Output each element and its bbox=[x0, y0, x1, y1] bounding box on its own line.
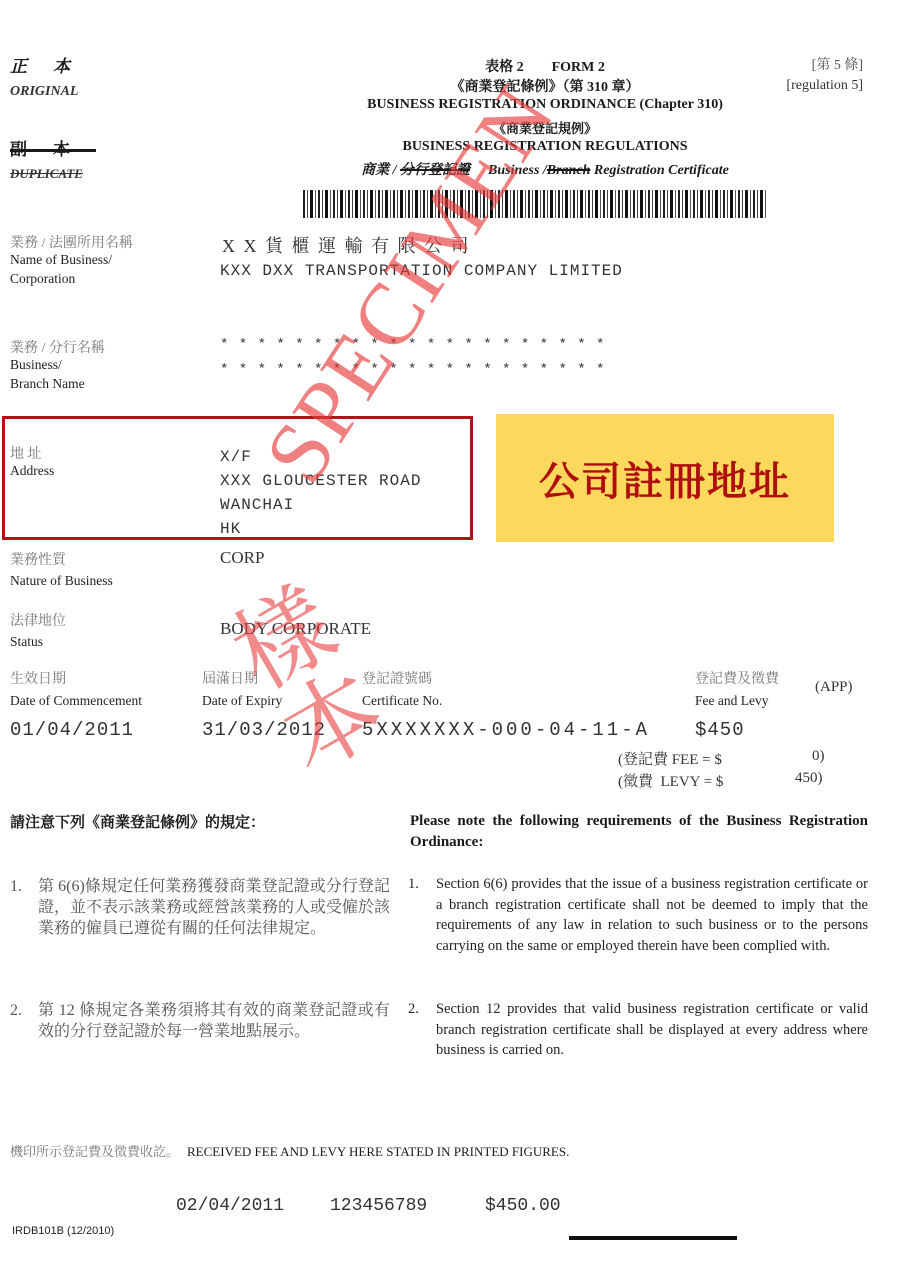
expiry-label-zh: 屆滿日期 bbox=[202, 668, 258, 688]
ordinance-title-en: BUSINESS REGISTRATION ORDINANCE (Chapter… bbox=[310, 97, 780, 113]
note-en-2-text: Section 12 provides that valid business … bbox=[436, 999, 868, 1061]
name-label-zh: 業務 / 法團所用名稱 bbox=[10, 232, 133, 252]
expiry-label-en: Date of Expiry bbox=[202, 691, 282, 710]
expiry-date: 31/03/2012 bbox=[202, 719, 326, 741]
commencement-label-zh: 生效日期 bbox=[10, 668, 66, 688]
commencement-label-en: Date of Commencement bbox=[10, 691, 142, 710]
status-label-en: Status bbox=[10, 632, 43, 651]
original-mark-en: ORIGINAL bbox=[10, 84, 78, 100]
cert-type-zh-business: 商業 bbox=[361, 163, 389, 178]
fee-breakdown-fee-amount: 0) bbox=[812, 748, 825, 765]
name-label-en-2: Corporation bbox=[10, 269, 75, 288]
regulation-ref-en: [regulation 5] bbox=[786, 78, 863, 94]
name-label-en-1: Name of Business/ bbox=[10, 250, 112, 269]
nature-label-en: Nature of Business bbox=[10, 571, 113, 590]
certificate-number: 5XXXXXXX-000-04-11-A bbox=[362, 719, 650, 741]
note-en-2-num: 2. bbox=[408, 999, 419, 1020]
registered-address-callout: 公司註冊地址 bbox=[496, 414, 834, 542]
duplicate-mark-zh: 副本 bbox=[10, 135, 96, 160]
signature-line bbox=[569, 1236, 737, 1240]
address-value: X/F XXX GLOUCESTER ROAD WANCHAI HK bbox=[220, 445, 421, 541]
notes-heading-zh: 請注意下列《商業登記條例》的規定： bbox=[10, 811, 265, 832]
cert-type-zh-branch: 分行登記證 bbox=[400, 163, 470, 178]
address-line-3: WANCHAI bbox=[220, 493, 421, 517]
certificate-label-zh: 登記證號碼 bbox=[362, 668, 432, 688]
receipt-date: 02/04/2011 bbox=[176, 1196, 284, 1216]
status-label-zh: 法律地位 bbox=[10, 610, 66, 630]
ordinance-title-zh: 《商業登記條例》（第 310 章） bbox=[310, 76, 780, 96]
branch-name-line-2: * * * * * * * * * * * * * * * * * * * * … bbox=[220, 362, 605, 378]
form-number: 表格 2FORM 2 bbox=[310, 56, 780, 76]
note-zh-1: 1. 第 6(6)條規定任何業務獲發商業登記證或分行登記證，並不表示該業務或經營… bbox=[10, 876, 390, 939]
address-label-en: Address bbox=[10, 461, 54, 480]
note-en-2: 2. Section 12 provides that valid busine… bbox=[408, 999, 868, 1061]
address-line-4: HK bbox=[220, 517, 421, 541]
branch-label-en-1: Business/ bbox=[10, 355, 62, 374]
branch-name-line-1: * * * * * * * * * * * * * * * * * * * * … bbox=[220, 337, 605, 353]
regulations-title-zh: 《商業登記規例》 bbox=[310, 118, 780, 137]
note-en-1-text: Section 6(6) provides that the issue of … bbox=[436, 874, 868, 956]
note-en-1: 1. Section 6(6) provides that the issue … bbox=[408, 874, 868, 956]
note-zh-1-text: 第 6(6)條規定任何業務獲發商業登記證或分行登記證，並不表示該業務或經營該業務… bbox=[38, 876, 390, 939]
fee-label-en: Fee and Levy bbox=[695, 691, 768, 710]
nature-value: CORP bbox=[220, 548, 264, 568]
notes-heading-en: Please note the following requirements o… bbox=[410, 811, 868, 853]
business-name-en: KXX DXX TRANSPORTATION COMPANY LIMITED bbox=[220, 262, 623, 280]
received-statement-zh: 機印所示登記費及徵費收訖。 bbox=[10, 1144, 179, 1159]
address-line-1: X/F bbox=[220, 445, 421, 469]
note-zh-2-num: 2. bbox=[10, 1000, 22, 1021]
branch-label-en-2: Branch Name bbox=[10, 374, 85, 393]
received-statement: 機印所示登記費及徵費收訖。RECEIVED FEE AND LEVY HERE … bbox=[10, 1141, 569, 1160]
receipt-number: 123456789 bbox=[330, 1196, 427, 1216]
regulations-title-en: BUSINESS REGISTRATION REGULATIONS bbox=[310, 139, 780, 155]
fee-breakdown-levy: (徵費 LEVY = $ bbox=[618, 770, 723, 791]
note-zh-2-text: 第 12 條規定各業務須將其有效的商業登記證或有效的分行登記證於每一營業地點展示… bbox=[38, 1000, 390, 1042]
regulation-ref-zh: [第 5 條] bbox=[812, 54, 863, 74]
fee-total: $450 bbox=[695, 719, 745, 741]
form-number-zh: 表格 2 bbox=[485, 60, 524, 75]
cert-type-zh-sep: / bbox=[389, 163, 400, 178]
fee-breakdown-levy-amount: 450) bbox=[795, 770, 823, 787]
cert-type-en-branch: Branch bbox=[547, 163, 591, 178]
note-zh-2: 2. 第 12 條規定各業務須將其有效的商業登記證或有效的分行登記證於每一營業地… bbox=[10, 1000, 390, 1042]
commencement-date: 01/04/2011 bbox=[10, 719, 134, 741]
note-en-1-num: 1. bbox=[408, 874, 419, 895]
original-mark-zh: 正本 bbox=[10, 52, 96, 77]
cert-type-en-business: Business / bbox=[488, 163, 547, 178]
address-label-zh: 地 址 bbox=[10, 443, 42, 463]
note-zh-1-num: 1. bbox=[10, 876, 22, 897]
callout-text: 公司註冊地址 bbox=[539, 450, 791, 507]
received-statement-en: RECEIVED FEE AND LEVY HERE STATED IN PRI… bbox=[187, 1144, 569, 1159]
cert-type-en-rest: Registration Certificate bbox=[590, 163, 728, 178]
duplicate-mark-en: DUPLICATE bbox=[10, 166, 83, 182]
branch-label-zh: 業務 / 分行名稱 bbox=[10, 337, 105, 357]
form-number-en: FORM 2 bbox=[552, 60, 605, 75]
address-line-2: XXX GLOUCESTER ROAD bbox=[220, 469, 421, 493]
receipt-amount: $450.00 bbox=[485, 1196, 561, 1216]
fee-breakdown-fee: (登記費 FEE = $ bbox=[618, 748, 722, 769]
certificate-type: 商業 / 分行登記證Business /Branch Registration … bbox=[310, 159, 780, 179]
certificate-label-en: Certificate No. bbox=[362, 691, 442, 710]
status-value: BODY CORPORATE bbox=[220, 619, 371, 639]
barcode bbox=[303, 190, 768, 218]
nature-label-zh: 業務性質 bbox=[10, 549, 66, 569]
fee-app-tag: (APP) bbox=[815, 679, 853, 696]
business-name-zh: X X 貨 櫃 運 輸 有 限 公 司 bbox=[222, 232, 471, 258]
form-code: IRDB101B (12/2010) bbox=[12, 1225, 114, 1237]
fee-label-zh: 登記費及徵費 bbox=[695, 668, 779, 688]
